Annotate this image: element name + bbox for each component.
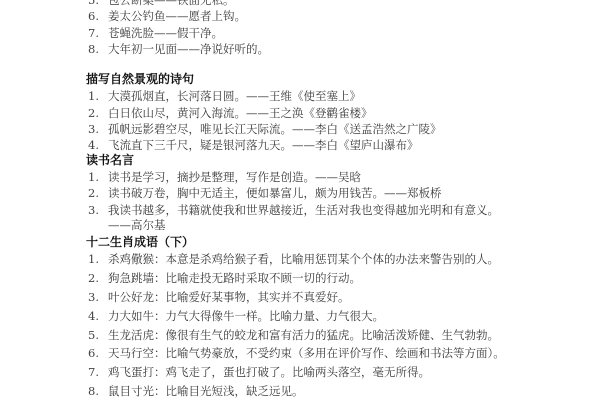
list-item: 1.大漠孤烟直，长河落日圆。——王维《使至塞上》 (88, 89, 361, 103)
list-item: 4.飞流直下三千尺，疑是银河落九天。——李白《望庐山瀑布》 (88, 138, 419, 152)
section-heading-poems: 描写自然景观的诗句 (86, 72, 194, 86)
list-item: 5.包公断案——铁面无私。 (88, 0, 235, 7)
list-item: 5.生龙活虎：像很有生气的蛟龙和富有活力的猛虎。比喻活泼矫健、生气勃勃。 (88, 328, 499, 342)
list-item: 6.姜太公钓鱼——愿者上钩。 (88, 9, 246, 23)
section-heading-zodiac: 十二生肖成语（下） (86, 235, 194, 249)
quote-author: ——高尔基 (88, 218, 166, 232)
list-item: 3.我读书越多，书籍就使我和世界越接近，生活对我也变得越加光明和有意义。 (88, 203, 499, 217)
list-item: 2.读书破万卷，胸中无适主，便如暴富儿，颇为用钱苦。——郑板桥 (88, 186, 442, 200)
list-item: 7.鸡飞蛋打：鸡飞走了，蛋也打破了。比喻两头落空，毫无所得。 (88, 365, 430, 379)
list-item: 6.天马行空：比喻气势豪放，不受约束（多用在评价写作、绘画和书法等方面）。 (88, 346, 505, 360)
list-item: 1.杀鸡儆猴：本意是杀鸡给猴子看，比喻用惩罚某个个体的办法来警告别的人。 (88, 252, 499, 266)
list-item: 4.力大如牛：力气大得像牛一样。比喻力量、力气很大。 (88, 309, 384, 323)
list-item: 1.读书是学习，摘抄是整理，写作是创造。——吴晗 (88, 170, 361, 184)
list-item: 3.孤帆远影碧空尽，唯见长江天际流。——李白《送孟浩然之广陵》 (88, 122, 442, 136)
list-item: 8.大年初一见面——净说好听的。 (88, 42, 269, 56)
list-item: 2.狗急跳墙：比喻走投无路时采取不顾一切的行动。 (88, 271, 361, 285)
list-item: 2.白日依山尽，黄河入海流。——王之涣《登鹳雀楼》 (88, 106, 373, 120)
document-page: 5.包公断案——铁面无私。 6.姜太公钓鱼——愿者上钩。 7.苍蝇洗脸——假干净… (0, 0, 600, 400)
list-item: 7.苍蝇洗脸——假干净。 (88, 26, 223, 40)
list-item: 8.鼠目寸光：比喻目光短浅，缺乏远见。 (88, 384, 304, 398)
list-item: 3.叶公好龙：比喻爱好某事物，其实并不真爱好。 (88, 290, 350, 304)
section-heading-reading: 读书名言 (86, 153, 134, 167)
